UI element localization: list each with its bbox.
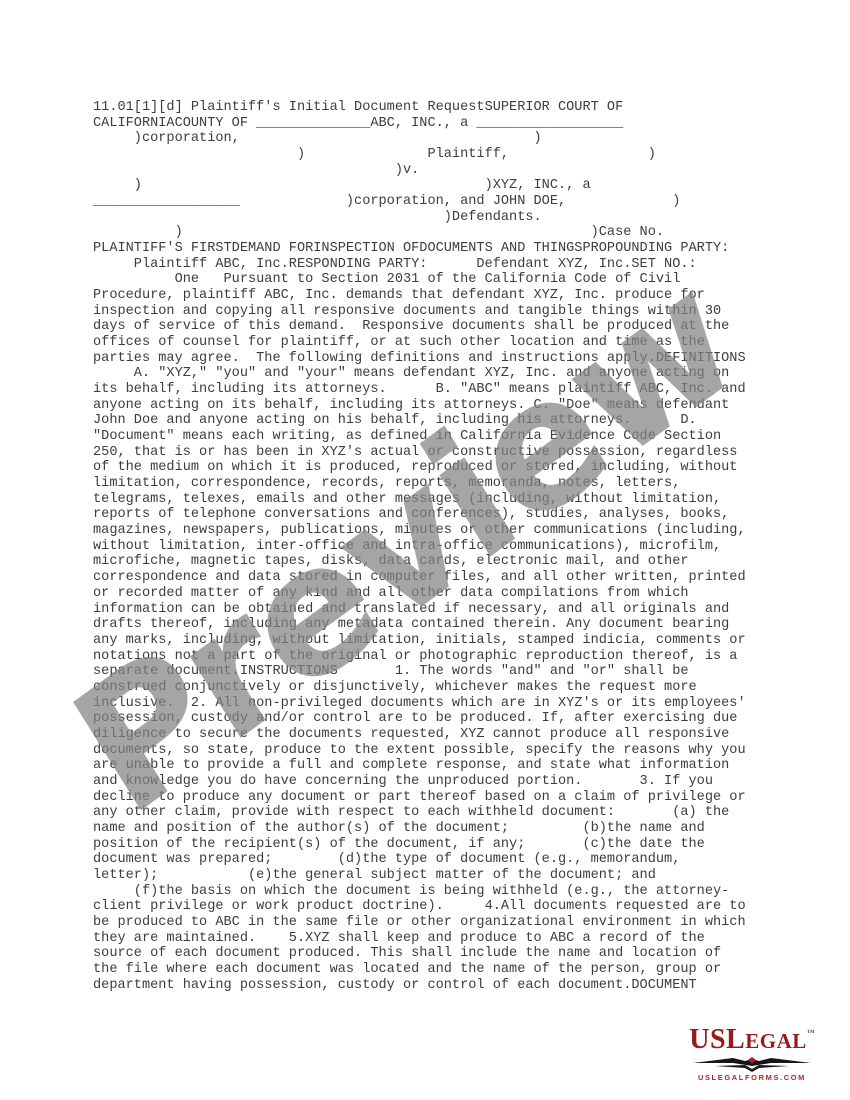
- eagle-wings-icon: [693, 1057, 811, 1072]
- logo-us-text: US: [689, 1024, 726, 1055]
- trademark-symbol: ™: [807, 1028, 815, 1037]
- logo-egal-text: EGAL: [745, 1029, 807, 1053]
- document-page: 11.01[1][d] Plaintiff's Initial Document…: [0, 0, 850, 1100]
- uslegal-logo: USLEGAL™ USLEGALFORMS.COM: [682, 1026, 822, 1082]
- logo-site-url: USLEGALFORMS.COM: [682, 1073, 822, 1082]
- document-text: 11.01[1][d] Plaintiff's Initial Document…: [93, 100, 746, 993]
- uslegal-wordmark: USLEGAL™: [682, 1026, 822, 1058]
- logo-l-text: L: [726, 1024, 745, 1055]
